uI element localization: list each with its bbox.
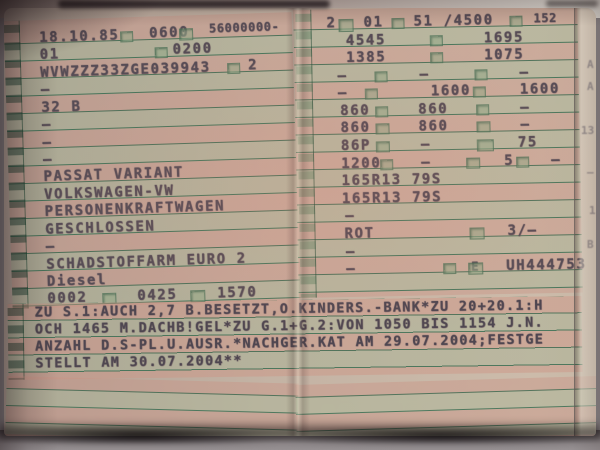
field-text: – (42, 119, 52, 132)
field-label-box (430, 52, 443, 63)
field-text: 165R13 79S (342, 191, 443, 206)
field-label-box (120, 31, 133, 42)
field-text: 860 (340, 122, 370, 136)
registration-paper: 18.10.85060056000000-010200WVWZZZ33ZGE03… (4, 8, 596, 436)
field-label-box (430, 35, 443, 46)
field-label-box (376, 141, 390, 152)
field-text: – (421, 138, 431, 151)
field-text: 5 (504, 155, 514, 168)
field-text: 860 (340, 105, 370, 119)
field-text: – (338, 87, 348, 100)
field-text: 2 (326, 17, 336, 30)
vehicle-registration-photo: 18.10.85060056000000-010200WVWZZZ33ZGE03… (0, 0, 600, 450)
field-text: 1600 (520, 83, 560, 97)
field-text: 13 (581, 124, 594, 137)
page-behind-edge: AA13–1B (574, 8, 596, 436)
field-label-box (476, 104, 489, 115)
field-label-box (338, 19, 353, 32)
field-text: 1 (589, 204, 596, 217)
field-text: 86P (341, 140, 371, 154)
field-text: – (520, 101, 530, 114)
field-text: – (520, 118, 530, 131)
field-text: WVWZZZ33ZGE039943 (40, 62, 211, 80)
field-label-box (476, 121, 490, 132)
bottom-empty-rows-right (295, 376, 596, 436)
field-label-box (179, 28, 193, 40)
field-label-box (375, 123, 389, 134)
field-text: 1385 (346, 51, 386, 65)
field-label-box (391, 18, 404, 29)
field-text: – (346, 263, 356, 276)
field-text: PERSONENKRAFTWAGEN (44, 200, 225, 219)
right-page-grid: 20151 /45001524545169513851075––––160016… (293, 8, 582, 298)
field-text: – (519, 67, 529, 80)
field-text: 165R13 79S (341, 173, 442, 188)
left-field-number-column (4, 21, 29, 309)
field-text: 4545 (346, 34, 386, 48)
field-text: – (46, 241, 56, 254)
field-text: – (43, 154, 53, 167)
field-label-box (474, 69, 487, 80)
field-text: 01 (40, 48, 60, 62)
remarks-margin-column (7, 304, 24, 380)
field-label-box (227, 63, 240, 74)
bottom-empty-rows-left (5, 376, 299, 436)
field-text: 56000000- (209, 20, 280, 35)
field-text: 1570 (217, 286, 258, 300)
field-text: – (41, 84, 51, 97)
right-field-number-column (295, 10, 317, 298)
field-label-box (443, 263, 456, 274)
field-text: – (419, 68, 429, 81)
field-text: 860 (418, 120, 448, 134)
field-text: 2 (248, 59, 258, 72)
field-text: – (346, 246, 356, 259)
field-text: GESCHLOSSEN (45, 220, 156, 236)
field-label-box (468, 262, 483, 274)
field-label-box (473, 86, 486, 97)
field-label-box (466, 157, 480, 168)
field-text: – (421, 156, 431, 169)
field-text: – (587, 166, 594, 179)
field-text: A (587, 58, 594, 71)
left-page-grid: 18.10.85060056000000-010200WVWZZZ33ZGE03… (4, 12, 301, 309)
field-text: – (337, 70, 347, 83)
field-text: 18.10.85 (39, 29, 120, 45)
remarks-section: ZU S.1:AUCH 2,7 B.BESETZT,O.KINDERS.-BAN… (7, 296, 582, 380)
field-text: 0200 (172, 43, 213, 57)
field-text: 1200 (341, 157, 381, 171)
field-label-box (516, 157, 529, 168)
field-text: 860 (418, 103, 448, 117)
field-label-box (380, 159, 393, 170)
field-text: 1600 (431, 85, 471, 99)
field-text: B (587, 238, 594, 251)
field-label-box (374, 71, 387, 82)
field-text: 32 B (41, 101, 82, 115)
field-label-box (469, 227, 484, 239)
field-label-box (509, 16, 522, 27)
field-label-box (155, 47, 168, 58)
top-edge-print-smudge (58, 0, 330, 8)
field-text: 1075 (484, 49, 524, 63)
field-text: 3/– (507, 224, 537, 238)
field-text: STELLT AM 30.07.2004** (35, 355, 243, 371)
field-text: Diesel (47, 274, 108, 289)
field-text: SCHADSTOFFARM EURO 2 (46, 253, 247, 272)
field-text: 01 (363, 16, 383, 29)
field-text: ROT (344, 228, 374, 242)
field-text: 75 (518, 136, 538, 149)
field-text: VOLKSWAGEN-VW (44, 185, 175, 202)
field-text: A (587, 80, 594, 93)
field-text: 51 /4500 (413, 14, 493, 29)
field-label-box (477, 139, 494, 151)
field-text: – (42, 137, 52, 150)
field-text: 1695 (484, 32, 524, 46)
field-text: 152 (533, 12, 557, 25)
field-text: PASSAT VARIANT (43, 167, 184, 184)
top-right-print-smudge (546, 0, 598, 7)
field-text: – (345, 210, 355, 223)
field-label-box (375, 106, 388, 117)
field-text: – (551, 154, 561, 167)
field-label-box (365, 88, 378, 99)
